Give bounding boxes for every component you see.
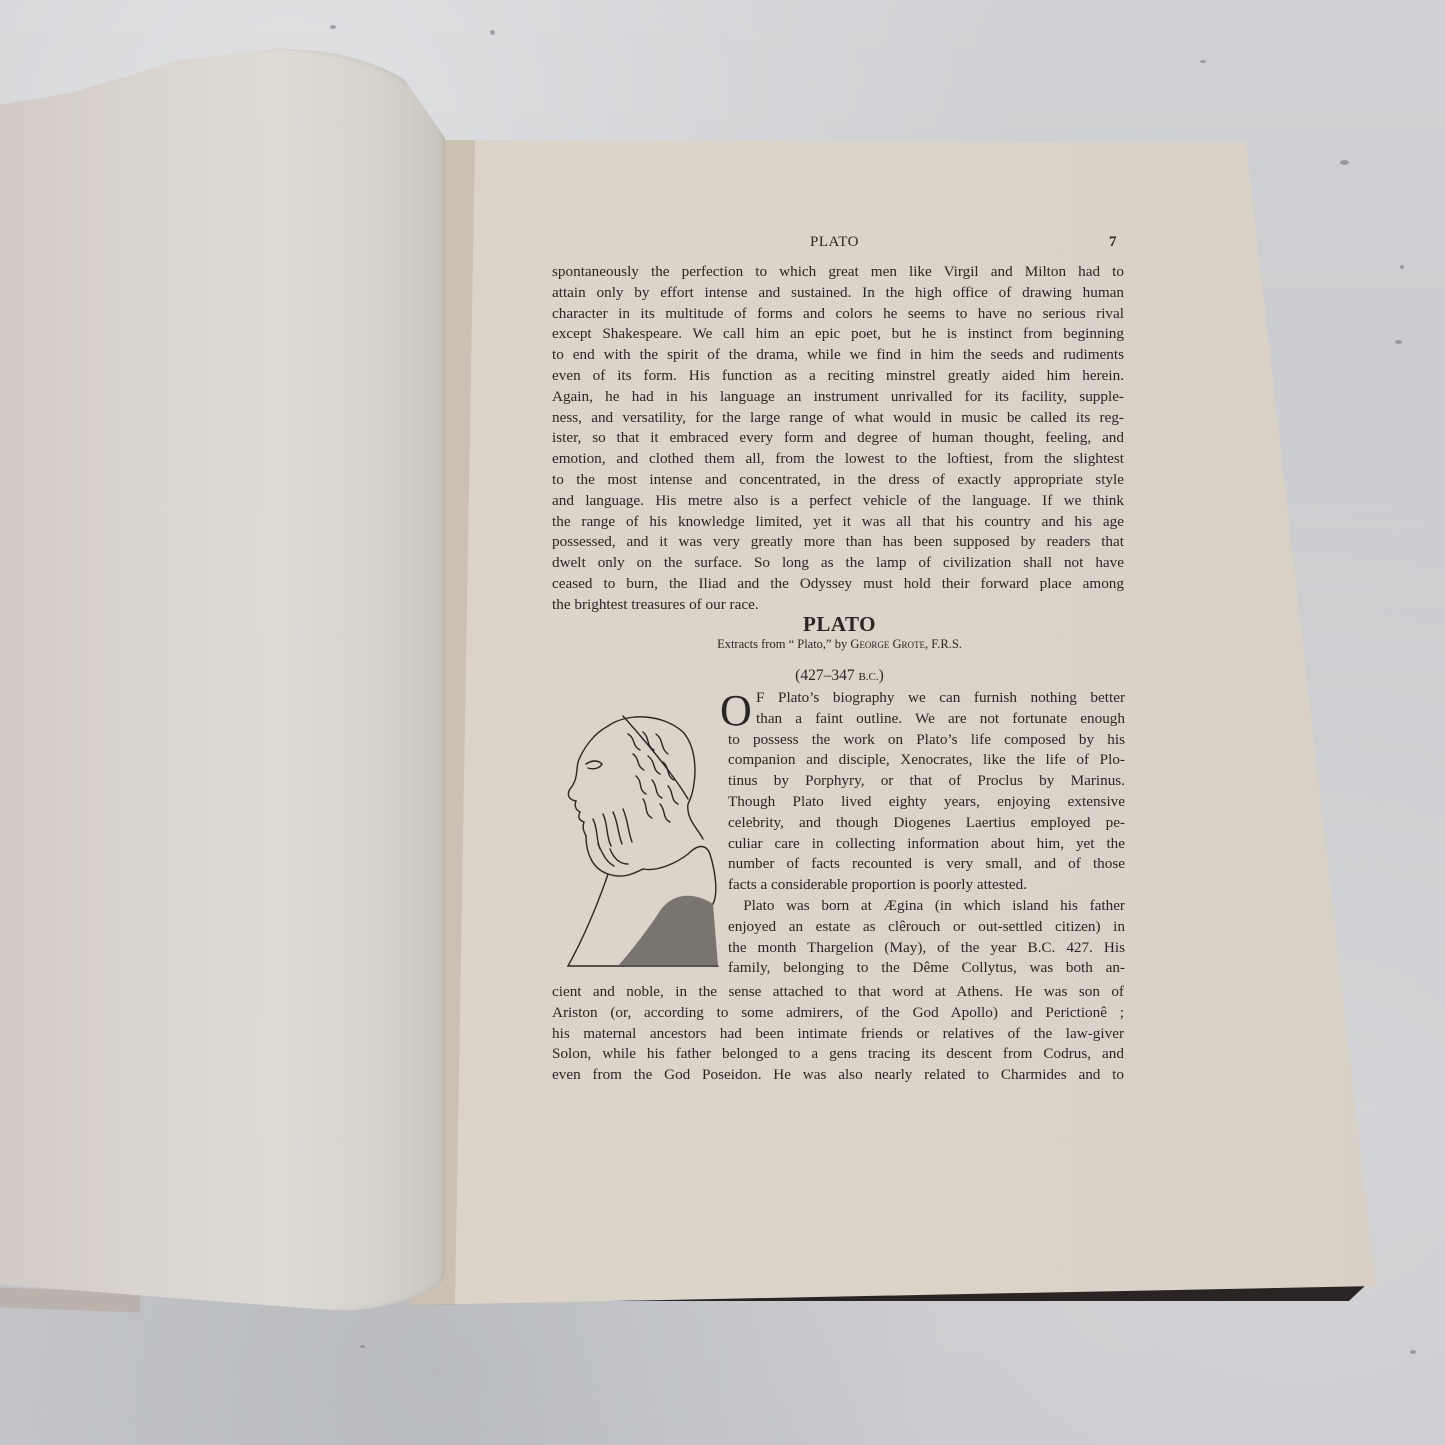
section-byline: Extracts from “ Plato,” by George Grote,… <box>552 637 1127 652</box>
continued-paragraph: spontaneously the perfection to which gr… <box>552 262 1124 616</box>
text-line: attain only by effort intense and sustai… <box>552 283 1124 304</box>
text-line: even of its form. His function as a reci… <box>552 366 1124 387</box>
text-line: companion and disciple, Xenocrates, like… <box>728 750 1125 771</box>
text-line: ness, and versatility, for the large ran… <box>552 408 1124 429</box>
text-line: character in its multitude of forms and … <box>552 304 1124 325</box>
byline-prefix: Extracts from “ Plato,” by <box>717 637 847 651</box>
dates-era: B.C. <box>858 671 878 683</box>
dates-close: ) <box>879 667 884 684</box>
text-line: the range of his knowledge limited, yet … <box>552 512 1124 533</box>
text-line: even from the God Poseidon. He was also … <box>552 1065 1124 1086</box>
text-line: celebrity, and though Diogenes Laertius … <box>728 813 1125 834</box>
text-line: ister, so that it embraced every form an… <box>552 428 1124 449</box>
surface-speck <box>1395 340 1402 344</box>
text-line: his maternal ancestors had been intimate… <box>552 1024 1124 1045</box>
text-line: possessed, and it was very greatly more … <box>552 532 1124 553</box>
surface-speck <box>360 1345 365 1348</box>
text-line: facts a considerable proportion is poorl… <box>728 875 1125 896</box>
text-line: dwelt only on the surface. So long as th… <box>552 553 1124 574</box>
text-line: ceased to burn, the Iliad and the Odysse… <box>552 574 1124 595</box>
running-head-title: PLATO <box>552 234 1117 251</box>
byline-suffix: , F.R.S. <box>925 637 962 651</box>
opening-paragraph: O F Plato’s biography we can furnish not… <box>728 688 1125 979</box>
text-line: Solon, while his father belonged to a ge… <box>552 1044 1124 1065</box>
text-line: Though Plato lived eighty years, enjoyin… <box>728 792 1125 813</box>
text-line: to end with the spirit of the drama, whi… <box>552 345 1124 366</box>
section-title: PLATO <box>552 612 1127 637</box>
plato-bust-icon <box>548 704 723 972</box>
text-line: Again, he had in his language an instrum… <box>552 387 1124 408</box>
surface-speck <box>1200 60 1206 63</box>
text-line: Ariston (or, according to some admirers,… <box>552 1003 1124 1024</box>
section-dates: (427–347 B.C.) <box>552 667 1127 685</box>
text-line: to possess the work on Plato’s life comp… <box>728 730 1125 751</box>
text-line: cient and noble, in the sense attached t… <box>552 982 1124 1003</box>
page-number: 7 <box>1109 234 1117 251</box>
surface-speck <box>1410 1350 1416 1354</box>
continued-body: cient and noble, in the sense attached t… <box>552 982 1124 1086</box>
text-line: except Shakespeare. We call him an epic … <box>552 324 1124 345</box>
dates-open: (427–347 <box>795 667 854 684</box>
text-line: the month Thargelion (May), of the year … <box>728 938 1125 959</box>
text-line: than a faint outline. We are not fortuna… <box>728 709 1125 730</box>
text-line: tinus by Porphyry, or that of Proclus by… <box>728 771 1125 792</box>
text-line: family, belonging to the Dême Collytus, … <box>728 958 1125 979</box>
left-page-blank <box>0 48 445 1313</box>
text-line: and language. His metre also is a perfec… <box>552 491 1124 512</box>
surface-speck <box>330 25 336 29</box>
surface-speck <box>490 30 495 35</box>
drop-cap: O <box>720 691 752 731</box>
text-line: Plato was born at Ægina (in which island… <box>728 896 1125 917</box>
text-line: enjoyed an estate as clêrouch or out-set… <box>728 917 1125 938</box>
surface-speck <box>1340 160 1349 165</box>
text-line: number of facts recounted is very small,… <box>728 854 1125 875</box>
text-line: F Plato’s biography we can furnish nothi… <box>728 688 1125 709</box>
byline-author: George Grote <box>850 637 925 651</box>
text-line: culiar care in collecting information ab… <box>728 834 1125 855</box>
text-line: to the most intense and concentrated, in… <box>552 470 1124 491</box>
surface-speck <box>1400 265 1404 269</box>
text-line: emotion, and clothed them all, from the … <box>552 449 1124 470</box>
text-line: spontaneously the perfection to which gr… <box>552 262 1124 283</box>
